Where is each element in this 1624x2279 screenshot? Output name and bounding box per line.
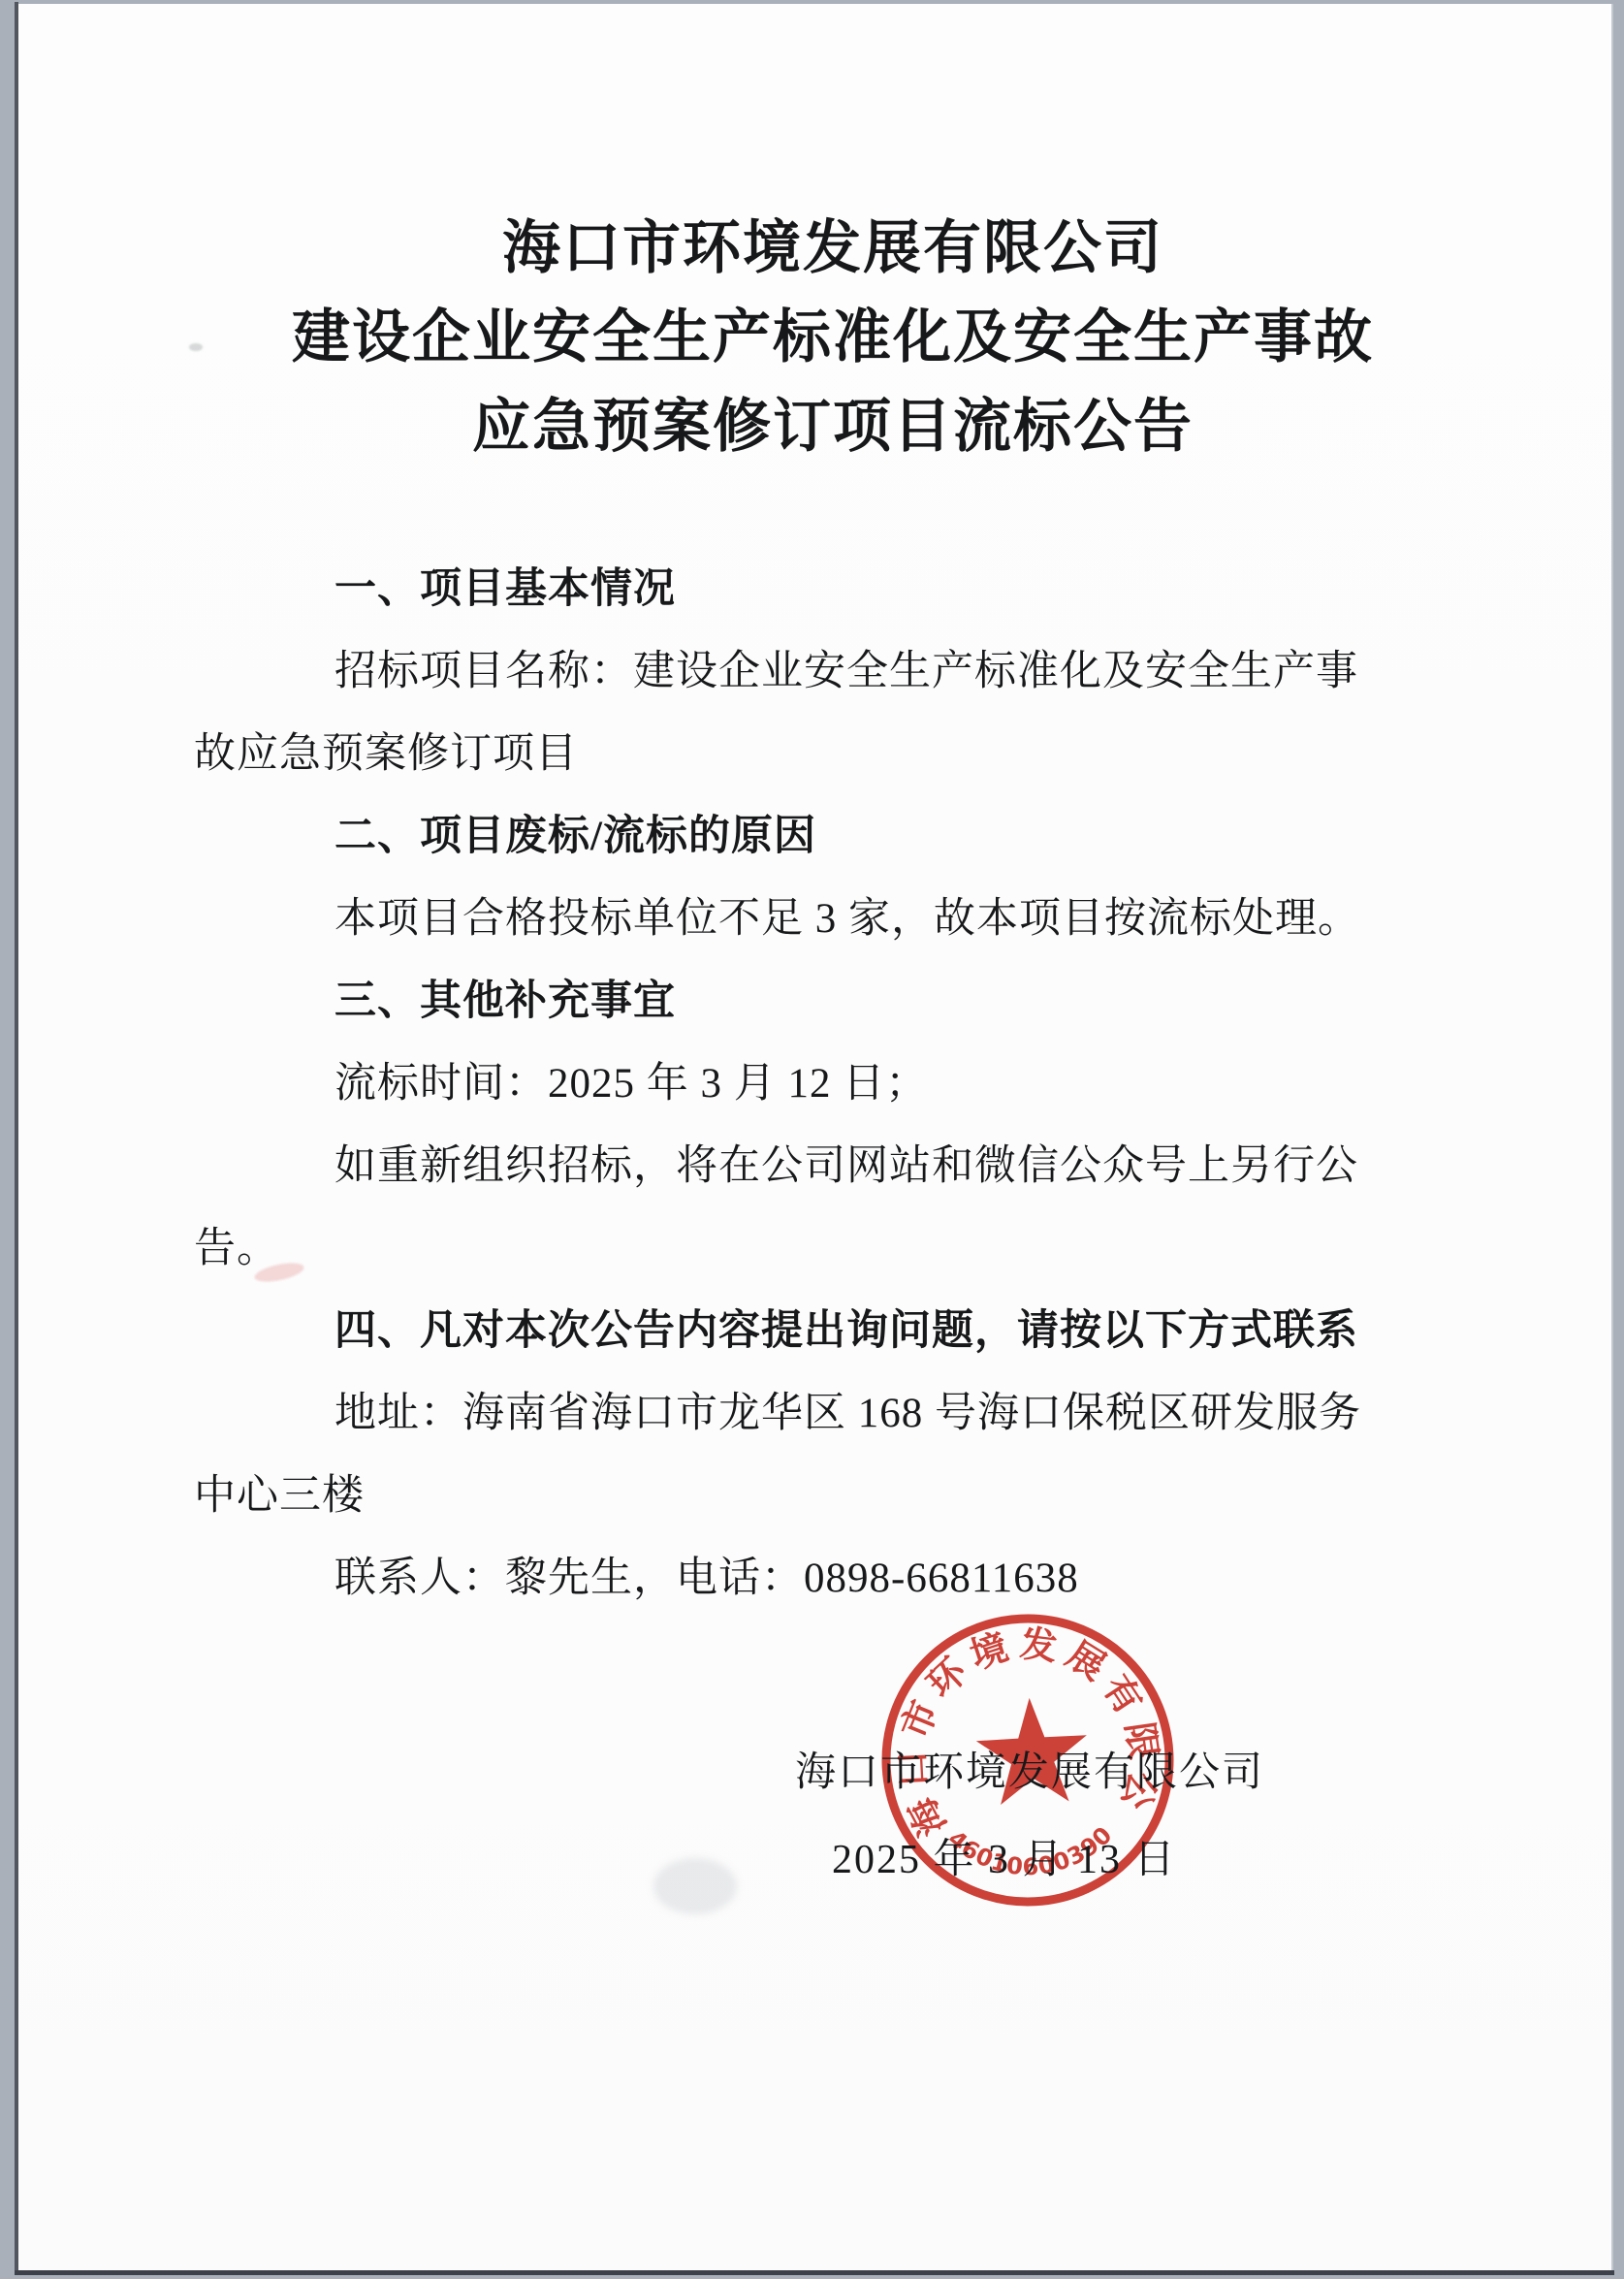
paragraph-line: 本项目合格投标单位不足 3 家，故本项目按流标处理。 bbox=[194, 878, 1396, 960]
section-2-heading: 二、项目废标/流标的原因 bbox=[194, 795, 1396, 878]
paragraph-line: 流标时间：2025 年 3 月 12 日； bbox=[194, 1043, 1396, 1125]
scan-artifact bbox=[653, 1858, 737, 1914]
title-line-2: 建设企业安全生产标准化及安全生产事故 bbox=[183, 293, 1482, 382]
paragraph-line: 故应急预案修订项目 bbox=[194, 713, 1396, 795]
signature-company: 海口市环境发展有限公司 bbox=[795, 1740, 1264, 1798]
paragraph-line: 如重新组织招标，将在公司网站和微信公众号上另行公 bbox=[194, 1125, 1396, 1207]
document-page: 海口市环境发展有限公司 建设企业安全生产标准化及安全生产事故 应急预案修订项目流… bbox=[18, 4, 1613, 2270]
section-4-heading: 四、凡对本次公告内容提出询问题，请按以下方式联系 bbox=[194, 1290, 1396, 1372]
paragraph-line: 联系人：黎先生，电话：0898-66811638 bbox=[194, 1537, 1396, 1620]
scanned-document-screen: 海口市环境发展有限公司 建设企业安全生产标准化及安全生产事故 应急预案修订项目流… bbox=[0, 0, 1624, 2279]
title-line-1: 海口市环境发展有限公司 bbox=[183, 204, 1482, 293]
section-3-heading: 三、其他补充事宜 bbox=[194, 960, 1396, 1043]
title-line-3: 应急预案修订项目流标公告 bbox=[183, 382, 1482, 471]
paragraph-line: 地址：海南省海口市龙华区 168 号海口保税区研发服务 bbox=[194, 1372, 1396, 1455]
document-body: 一、项目基本情况 招标项目名称：建设企业安全生产标准化及安全生产事 故应急预案修… bbox=[194, 548, 1396, 1620]
paragraph-line: 招标项目名称：建设企业安全生产标准化及安全生产事 bbox=[194, 630, 1396, 713]
section-1-heading: 一、项目基本情况 bbox=[194, 548, 1396, 630]
signature-date: 2025 年 3 月 13 日 bbox=[832, 1827, 1177, 1885]
scan-bottom-edge bbox=[15, 2270, 1614, 2275]
document-title: 海口市环境发展有限公司 建设企业安全生产标准化及安全生产事故 应急预案修订项目流… bbox=[183, 204, 1482, 471]
paragraph-line: 告。 bbox=[194, 1207, 1396, 1290]
paragraph-line: 中心三楼 bbox=[194, 1455, 1396, 1537]
scan-artifact bbox=[189, 343, 203, 351]
